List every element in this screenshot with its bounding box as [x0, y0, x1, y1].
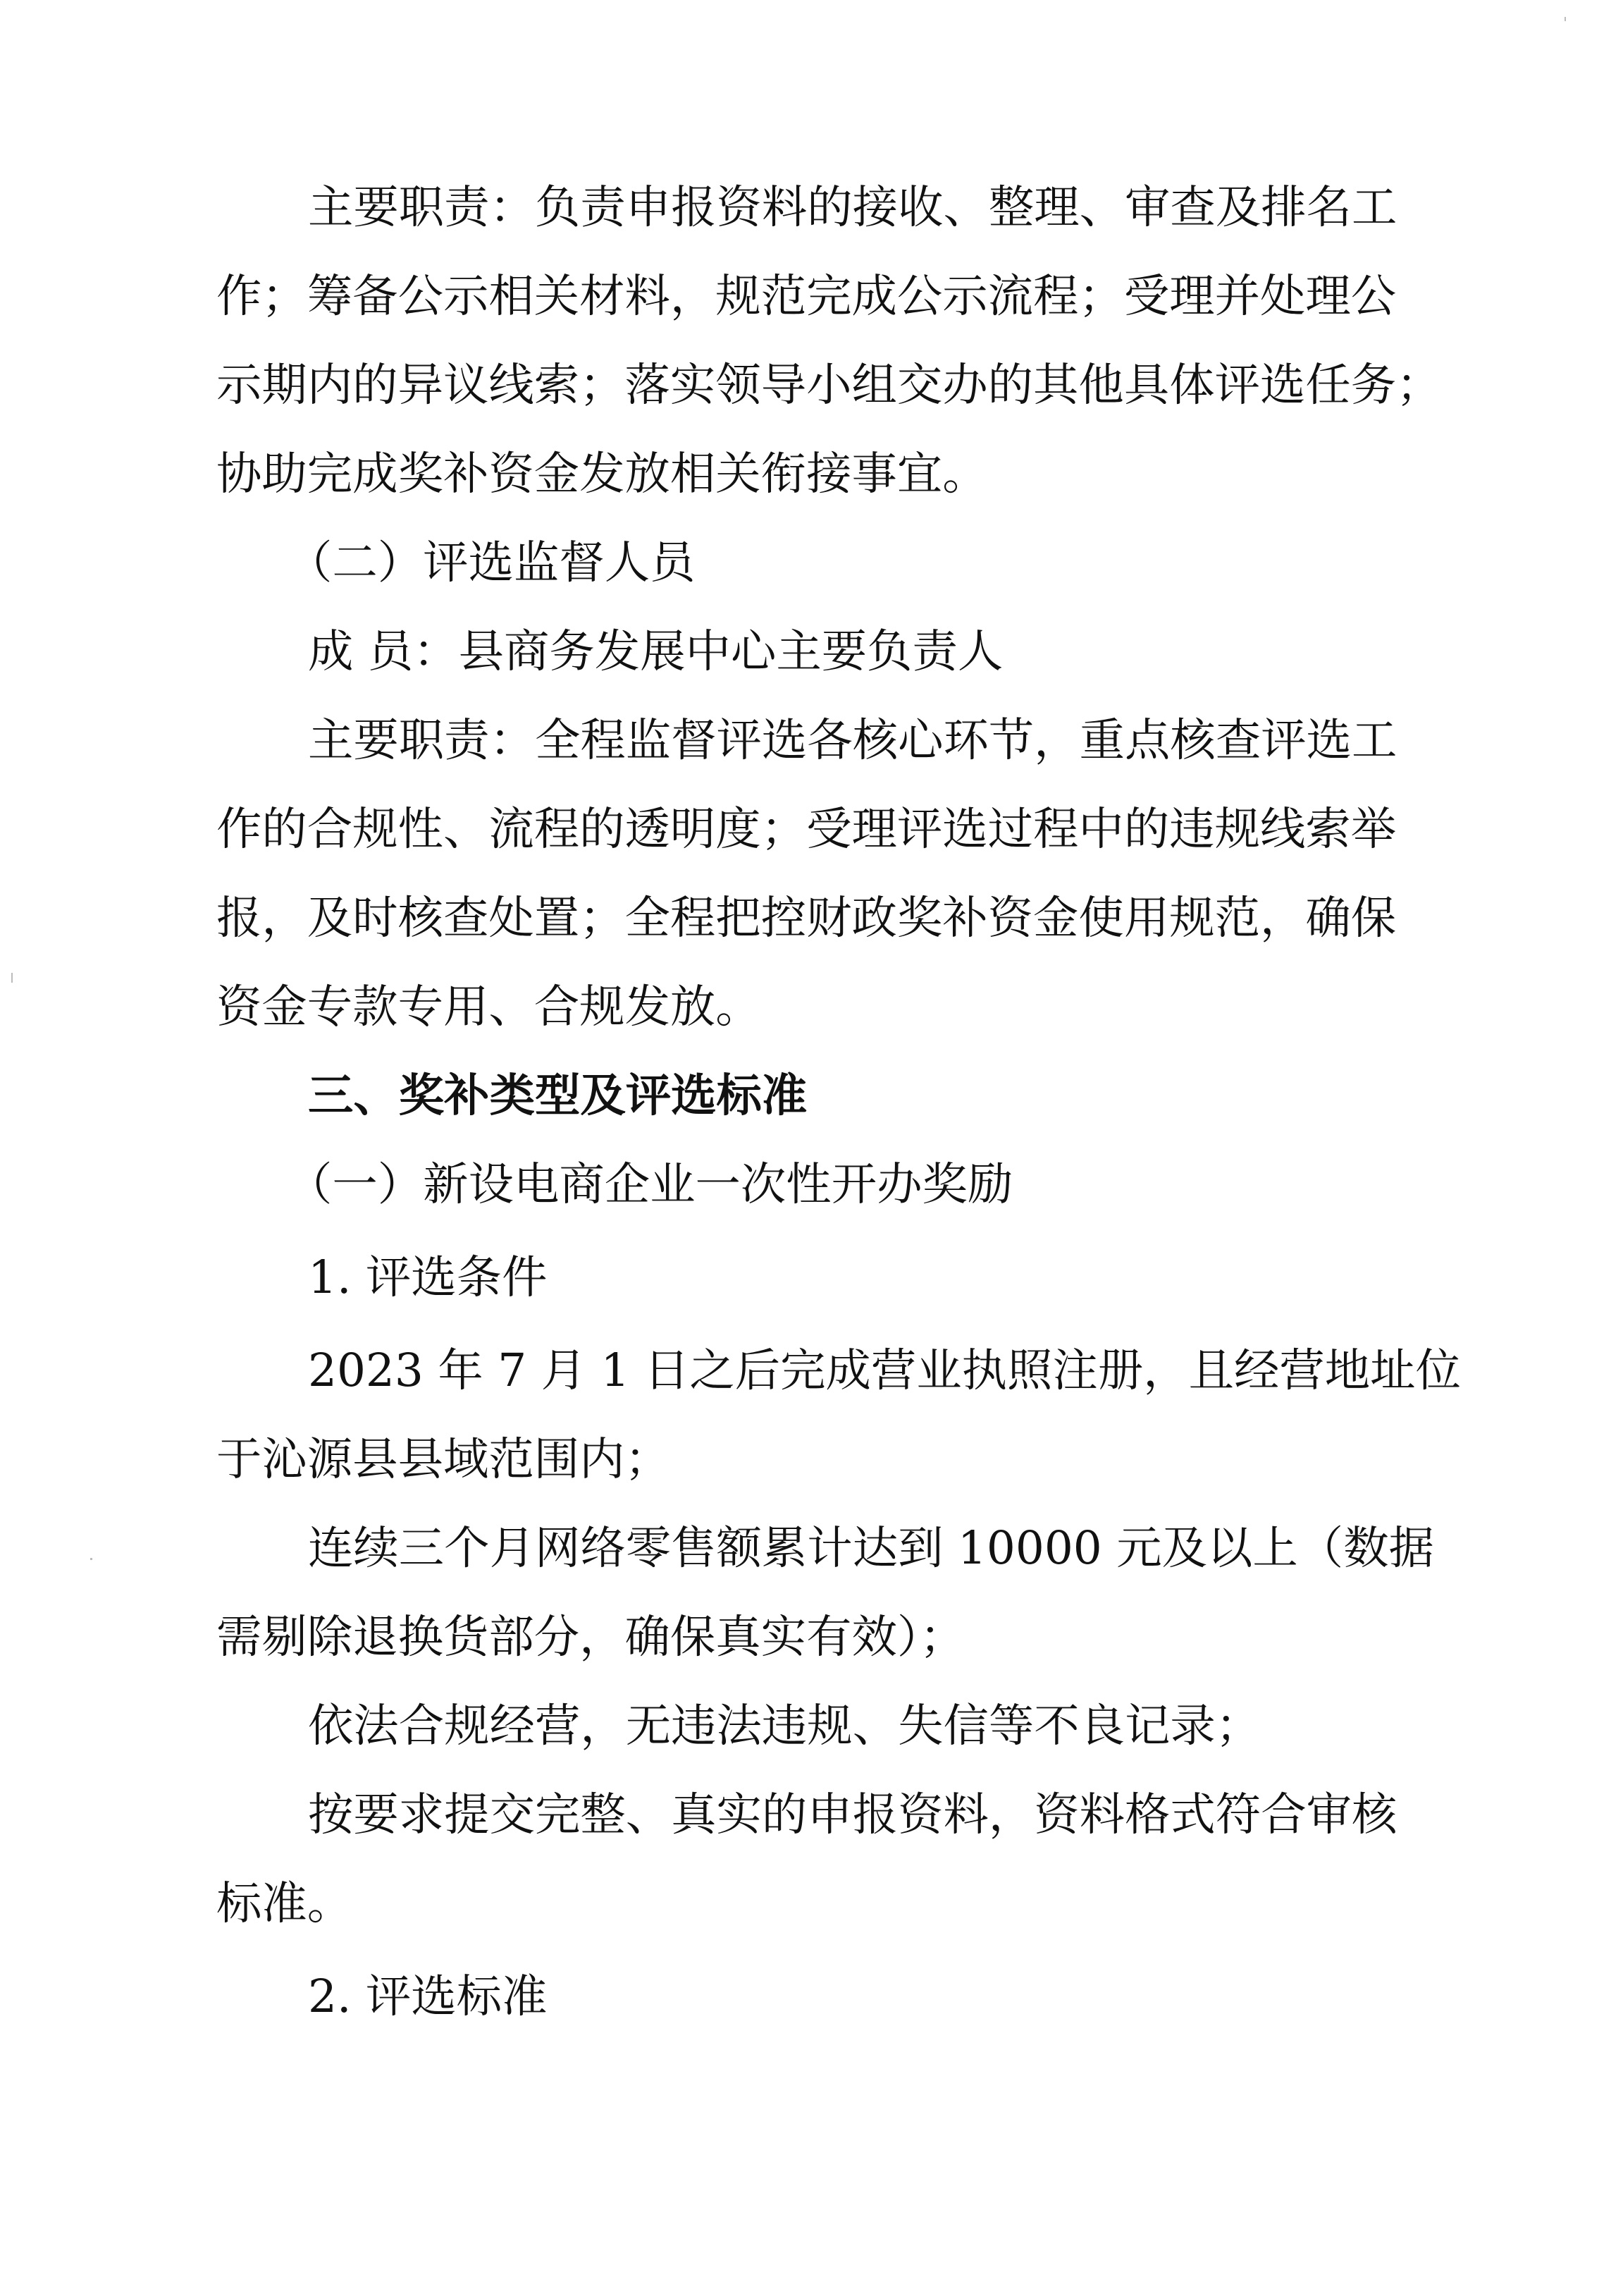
paragraph-line: 资金专款专用、合规发放。 [216, 963, 1400, 1052]
paragraph-line: 2023 年 7 月 1 日之后完成营业执照注册，且经营地址位 [216, 1327, 1400, 1416]
subheading-supervision: （二）评选监督人员 [216, 519, 1400, 608]
paragraph-line: 作；筹备公示相关材料，规范完成公示流程；受理并处理公 [216, 252, 1400, 341]
paragraph-line: 于沁源县县域范围内； [216, 1416, 1400, 1504]
paragraph-line: 标准。 [216, 1860, 1400, 1948]
scan-speck [11, 973, 13, 983]
document-page: 主要职责：负责申报资料的接收、整理、审查及排名工 作；筹备公示相关材料，规范完成… [216, 164, 1400, 2042]
subheading-new-enterprise-award: （一）新设电商企业一次性开办奖励 [216, 1141, 1400, 1229]
scan-speck [1565, 17, 1566, 21]
paragraph-line: 示期内的异议线索；落实领导小组交办的其他具体评选任务； [216, 341, 1400, 430]
paragraph-line: 连续三个月网络零售额累计达到 10000 元及以上（数据 [216, 1504, 1400, 1593]
scan-speck [90, 1558, 92, 1560]
paragraph-line: 作的合规性、流程的透明度；受理评选过程中的违规线索举 [216, 785, 1400, 874]
item-heading-criteria: 1. 评选条件 [216, 1234, 1400, 1322]
item-heading-standards: 2. 评选标准 [216, 1953, 1400, 2042]
paragraph-line: 报，及时核查处置；全程把控财政奖补资金使用规范，确保 [216, 874, 1400, 963]
paragraph-line: 依法合规经营，无违法违规、失信等不良记录； [216, 1682, 1400, 1771]
section-heading-3: 三、奖补类型及评选标准 [216, 1052, 1400, 1141]
paragraph-line: 按要求提交完整、真实的申报资料，资料格式符合审核 [216, 1771, 1400, 1860]
paragraph-line: 主要职责：全程监督评选各核心环节，重点核查评选工 [216, 696, 1400, 785]
members-line: 成 员：县商务发展中心主要负责人 [216, 608, 1400, 696]
paragraph-line: 主要职责：负责申报资料的接收、整理、审查及排名工 [216, 164, 1400, 252]
paragraph-line: 需剔除退换货部分，确保真实有效）； [216, 1593, 1400, 1682]
paragraph-line: 协助完成奖补资金发放相关衔接事宜。 [216, 430, 1400, 519]
